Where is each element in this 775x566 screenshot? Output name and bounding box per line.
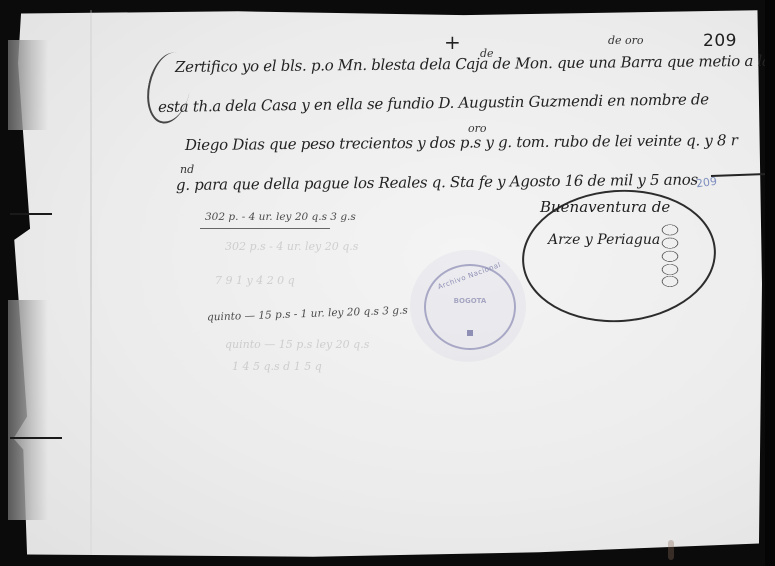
- signature-name-line-1: Buenaventura de: [540, 198, 670, 216]
- tear-mark-lower: [10, 437, 62, 439]
- signature-rubric: [655, 222, 685, 288]
- scan-edge-shadow: [765, 0, 775, 566]
- torn-edge-top: [8, 40, 48, 130]
- tear-mark-upper: [10, 213, 52, 215]
- bleed-through-line-3: quinto — 15 p.s ley 20 q.s: [225, 338, 369, 351]
- stamp-center-text: BOGOTA: [426, 296, 514, 306]
- torn-edge-bottom: [8, 440, 48, 520]
- signature-name-line-2: Arze y Periagua: [548, 232, 660, 248]
- interlinear-note-de-oro: de oro: [608, 34, 644, 47]
- bleed-through-line-1: 302 p.s - 4 ur. ley 20 q.s: [225, 240, 358, 253]
- bleed-through-line-2: 7 9 1 y 4 2 0 q: [215, 274, 295, 287]
- torn-edge-middle: [8, 300, 48, 440]
- assay-note: 302 p. - 4 ur. ley 20 q.s 3 g.s: [205, 211, 356, 223]
- paper-stain: [668, 540, 674, 560]
- fold-line: [90, 10, 92, 555]
- cross-mark: +: [444, 30, 461, 54]
- folio-number: 209: [703, 31, 737, 51]
- assay-underline: [200, 228, 330, 229]
- interlinear-note-nd: nd: [180, 163, 194, 176]
- archive-stamp: Archivo Nacional BOGOTA: [424, 264, 516, 350]
- bleed-through-line-4: 1 4 5 q.s d 1 5 q: [232, 360, 322, 373]
- stamp-square-mark: [467, 330, 473, 336]
